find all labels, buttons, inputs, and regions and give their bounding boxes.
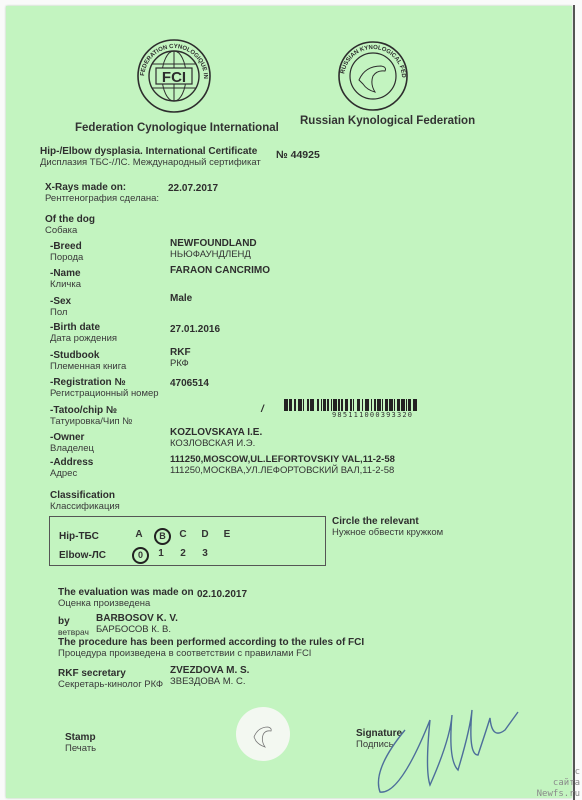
signature-scribble: [370, 700, 520, 800]
name-value: FARAON CANCRIMO: [170, 265, 270, 276]
rkf-logo: RUSSIAN KYNOLOGICAL FEDERATION: [337, 40, 409, 112]
grade-2: 2: [176, 547, 190, 561]
certificate-number: № 44925: [276, 150, 320, 161]
sex-label-en: -Sex: [50, 296, 71, 307]
rkf-name: Russian Kynological Federation: [300, 115, 475, 127]
certificate-title-en: Hip-/Elbow dysplasia. International Cert…: [40, 146, 257, 157]
dog-section-en: Of the dog: [45, 214, 95, 225]
evaluation-date: 02.10.2017: [197, 589, 247, 600]
secretary-label-en: RKF secretary: [58, 668, 126, 679]
elbow-label: Elbow-ЛС: [59, 550, 106, 561]
breed-label-ru: Порода: [50, 252, 83, 263]
by-label-en: by: [58, 616, 70, 627]
classification-label-ru: Классификация: [50, 501, 120, 512]
registration-value: 4706514: [170, 378, 209, 389]
studbook-label-ru: Племенная книга: [50, 361, 126, 372]
address-label-en: -Address: [50, 457, 93, 468]
grade-1: 1: [154, 547, 168, 561]
breed-value-en: NEWFOUNDLAND: [170, 238, 257, 249]
owner-value-ru: КОЗЛОВСКАЯ И.Э.: [170, 438, 255, 449]
watermark-line-3: Newfs.ru: [537, 789, 580, 800]
evaluation-label-ru: Оценка произведена: [58, 598, 150, 609]
globe-icon: FCI FEDERATION CYNOLOGIQUE INTERNATIONAL…: [136, 38, 212, 114]
circle-hint-ru: Нужное обвести кружком: [332, 527, 443, 538]
secretary-name-en: ZVEZDOVA M. S.: [170, 665, 249, 676]
sex-label-ru: Пол: [50, 307, 67, 318]
owner-label-ru: Владелец: [50, 443, 94, 454]
fci-logo: FCI FEDERATION CYNOLOGIQUE INTERNATIONAL…: [136, 38, 212, 114]
watermark: с сайта Newfs.ru: [537, 767, 580, 800]
grade-0: 0: [132, 547, 149, 564]
address-label-ru: Адрес: [50, 468, 77, 479]
vet-name-en: BARBOSOV K. V.: [96, 613, 178, 624]
name-label-en: -Name: [50, 268, 81, 279]
chip-separator: /: [261, 404, 264, 415]
stamp-label-ru: Печать: [65, 743, 96, 754]
name-label-ru: Кличка: [50, 279, 81, 290]
grade-C: C: [176, 528, 190, 542]
grade-A: A: [132, 528, 146, 542]
birth-value: 27.01.2016: [170, 324, 220, 335]
vet-name-ru: БАРБОСОВ К. В.: [96, 624, 171, 635]
hip-label: Hip-ТБС: [59, 531, 99, 542]
watermark-line-2: сайта: [537, 778, 580, 789]
barcode-number: 985111000393320: [332, 411, 413, 419]
birth-label-en: -Birth date: [50, 322, 100, 333]
registration-label-ru: Регистрационный номер: [50, 388, 159, 399]
borzoi-head-icon: RUSSIAN KYNOLOGICAL FEDERATION: [337, 40, 409, 112]
page-edge: [573, 5, 575, 800]
secretary-label-ru: Секретарь-кинолог РКФ: [58, 679, 163, 690]
borzoi-stamp-icon: [236, 707, 290, 761]
grade-D: D: [198, 528, 212, 542]
certificate-title-ru: Дисплазия ТБС-/ЛС. Международный сертифи…: [40, 157, 261, 168]
circle-hint-en: Circle the relevant: [332, 516, 419, 527]
grade-B: B: [154, 528, 171, 545]
stamp-label-en: Stamp: [65, 732, 96, 743]
grade-3: 3: [198, 547, 212, 561]
birth-label-ru: Дата рождения: [50, 333, 117, 344]
chip-barcode: [284, 399, 462, 411]
svg-text:FCI: FCI: [162, 69, 186, 86]
xray-label-en: X-Rays made on:: [45, 182, 126, 193]
watermark-line-1: с: [537, 767, 580, 778]
breed-label-en: -Breed: [50, 241, 82, 252]
fci-name: Federation Cynologique International: [75, 122, 279, 134]
studbook-label-en: -Studbook: [50, 350, 99, 361]
classification-box: Hip-ТБС Elbow-ЛС ABCDE 0123: [49, 516, 326, 566]
procedure-ru: Процедура произведена в соответствии с п…: [58, 648, 311, 659]
studbook-value-en: RKF: [170, 347, 191, 358]
studbook-value-ru: РКФ: [170, 358, 189, 369]
owner-label-en: -Owner: [50, 432, 84, 443]
procedure-en: The procedure has been performed accordi…: [58, 637, 364, 648]
stamp: [236, 707, 290, 761]
chip-label-en: -Tatoo/chip №: [50, 405, 117, 416]
registration-label-en: -Registration №: [50, 377, 126, 388]
xray-label-ru: Рентгенография сделана:: [45, 193, 159, 204]
breed-value-ru: НЬЮФАУНДЛЕНД: [170, 249, 251, 260]
address-value-en: 111250,MOSCOW,UL.LEFORTOVSKIY VAL,11-2-5…: [170, 454, 395, 465]
dog-section-ru: Собака: [45, 225, 77, 236]
xray-date: 22.07.2017: [168, 183, 218, 194]
secretary-name-ru: ЗВЕЗДОВА М. С.: [170, 676, 245, 687]
chip-label-ru: Татуировка/Чип №: [50, 416, 132, 427]
evaluation-label-en: The evaluation was made on: [58, 587, 194, 598]
grade-E: E: [220, 528, 234, 542]
sex-value: Male: [170, 293, 192, 304]
address-value-ru: 111250,МОСКВА,УЛ.ЛЕФОРТОВСКИЙ ВАЛ,11-2-5…: [170, 465, 394, 476]
classification-label-en: Classification: [50, 490, 115, 501]
owner-value-en: KOZLOVSKAYA I.E.: [170, 427, 262, 438]
